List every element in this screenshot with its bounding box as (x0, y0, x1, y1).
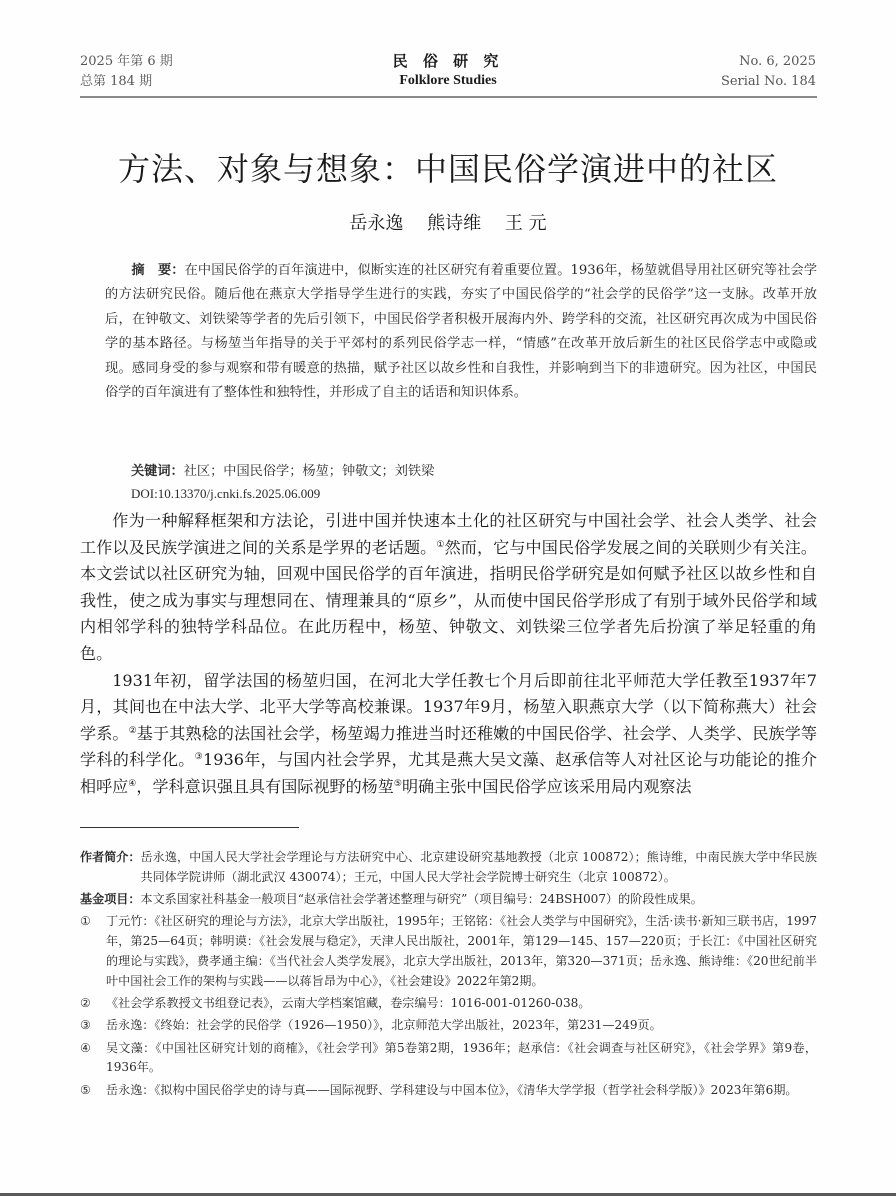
issue-number-en: No. 6, 2025 (721, 52, 816, 72)
abstract-text: 在中国民俗学的百年演进中，似断实连的社区研究有着重要位置。1936年，杨堃就倡导… (105, 263, 817, 400)
footnote-ref[interactable]: ② (129, 726, 137, 736)
paragraph: 作为一种解释框架和方法论，引进中国并快速本土化的社区研究与中国社会学、社会人类学… (80, 508, 817, 668)
keywords: 关键词：社区；中国民俗学；杨堃；钟敬文；刘铁梁 (131, 461, 434, 483)
footnote-mark: ⑤ (80, 1081, 106, 1101)
footnote: ② 《社会学系教授文书组登记表》，云南大学档案馆藏，卷宗编号：1016-001-… (80, 994, 817, 1014)
footnote-mark: ① (80, 912, 106, 991)
footnote-mark: ② (80, 994, 106, 1014)
author-bio-text: 岳永逸，中国人民大学社会学理论与方法研究中心、北京建设研究基地教授（北京 100… (140, 848, 817, 888)
author-name: 王 元 (505, 213, 547, 234)
footnote-mark: ④ (80, 1039, 106, 1079)
author-name: 熊诗维 (427, 213, 481, 234)
footnote-text: 岳永逸：《拟构中国民俗学史的诗与真——国际视野、学科建设与中国本位》，《清华大学… (106, 1081, 817, 1101)
keywords-text: 社区；中国民俗学；杨堃；钟敬文；刘铁梁 (184, 464, 435, 479)
footnote-text: 丁元竹：《社区研究的理论与方法》，北京大学出版社，1995年；王铭铭：《社会人类… (106, 912, 817, 991)
fund-text: 本文系国家社科基金一般项目“赵承信社会学著述整理与研究”（项目编号：24BSH0… (140, 890, 817, 910)
footnote: ⑤ 岳永逸：《拟构中国民俗学史的诗与真——国际视野、学科建设与中国本位》，《清华… (80, 1081, 817, 1101)
footnote-text: 岳永逸：《终始：社会学的民俗学（1926—1950）》，北京师范大学出版社，20… (106, 1016, 817, 1036)
keywords-label: 关键词： (131, 464, 184, 479)
footnote-mark: ③ (80, 1016, 106, 1036)
author-bio: 作者简介： 岳永逸，中国人民大学社会学理论与方法研究中心、北京建设研究基地教授（… (80, 848, 817, 888)
footnote: ③ 岳永逸：《终始：社会学的民俗学（1926—1950）》，北京师范大学出版社，… (80, 1016, 817, 1036)
footnote-text: 吴文藻：《中国社区研究计划的商榷》，《社会学刊》第5卷第2期，1936年；赵承信… (106, 1039, 817, 1079)
author-bio-label: 作者简介： (80, 848, 140, 888)
abstract: 摘 要：在中国民俗学的百年演进中，似断实连的社区研究有着重要位置。1936年，杨… (105, 259, 817, 405)
footnote: ① 丁元竹：《社区研究的理论与方法》，北京大学出版社，1995年；王铭铭：《社会… (80, 912, 817, 991)
paragraph: 1931年初，留学法国的杨堃归国，在河北大学任教七个月后即前往北平师范大学任教至… (80, 668, 817, 801)
footnote-ref[interactable]: ③ (195, 752, 203, 762)
footnote-rule (80, 827, 299, 828)
footnote-text: 《社会学系教授文书组登记表》，云南大学档案馆藏，卷宗编号：1016-001-01… (106, 994, 817, 1014)
footnote-ref[interactable]: ⑤ (394, 779, 402, 789)
header-rule (80, 96, 817, 98)
author-name: 岳永逸 (349, 213, 403, 234)
fund-info: 基金项目： 本文系国家社科基金一般项目“赵承信社会学著述整理与研究”（项目编号：… (80, 890, 817, 910)
serial-number-en: Serial No. 184 (721, 72, 816, 92)
issue-info-en: No. 6, 2025 Serial No. 184 (721, 52, 816, 92)
abstract-label: 摘 要： (131, 263, 184, 278)
footnotes: 作者简介： 岳永逸，中国人民大学社会学理论与方法研究中心、北京建设研究基地教授（… (80, 848, 817, 1103)
footnote-ref[interactable]: ① (436, 540, 444, 550)
body-text: 作为一种解释框架和方法论，引进中国并快速本土化的社区研究与中国社会学、社会人类学… (80, 508, 817, 801)
article-title: 方法、对象与想象：中国民俗学演进中的社区 (0, 149, 896, 189)
author-list: 岳永逸 熊诗维 王 元 (0, 212, 896, 236)
footnote: ④ 吴文藻：《中国社区研究计划的商榷》，《社会学刊》第5卷第2期，1936年；赵… (80, 1039, 817, 1079)
doi: DOI:10.13370/j.cnki.fs.2025.06.009 (131, 484, 320, 504)
fund-label: 基金项目： (80, 890, 140, 910)
